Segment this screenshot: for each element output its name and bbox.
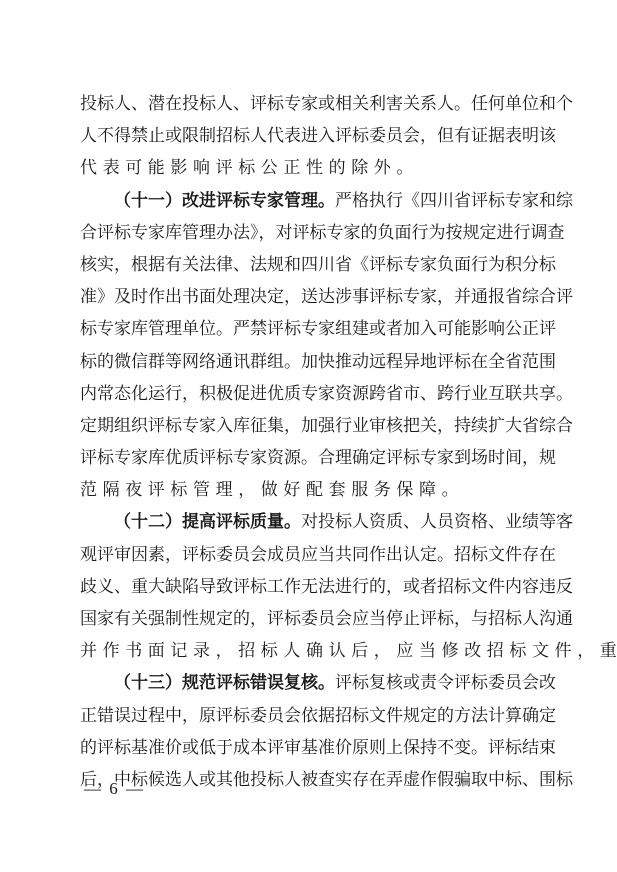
text-line: 评标专家库优质评标专家资源。合理确定评标专家到场时间，规	[80, 442, 540, 474]
text-line: 定期组织评标专家入库征集，加强行业审核把关，持续扩大省综合	[80, 410, 540, 442]
text-line: 后，中标候选人或其他投标人被查实存在弄虚作假骗取中标、围标	[80, 764, 540, 796]
text-span: 对投标人资质、人员资格、业绩等客	[301, 512, 573, 532]
paragraph-13-first-line: （十三）规范评标错误复核。评标复核或责令评标委员会改	[80, 667, 540, 699]
text-line: 准》及时作出书面处理决定，送达涉事评标专家，并通报省综合评	[80, 281, 540, 313]
text-line: 范隔夜评标管理，做好配套服务保障。	[80, 474, 540, 506]
text-line: 内常态化运行，积极促进优质专家资源跨省市、跨行业互联共享。	[80, 378, 540, 410]
text-line: 代表可能影响评标公正性的除外。	[80, 152, 540, 184]
text-line: 正错误过程中，原评标委员会依据招标文件规定的方法计算确定	[80, 700, 540, 732]
paragraph-12-first-line: （十二）提高评标质量。对投标人资质、人员资格、业绩等客	[80, 506, 540, 538]
text-line: 并作书面记录，招标人确认后，应当修改招标文件，重新招标。	[80, 635, 540, 667]
text-line: 的评标基准价或低于成本评审基准价原则上保持不变。评标结束	[80, 732, 540, 764]
text-line: 标专家库管理单位。严禁评标专家组建或者加入可能影响公正评	[80, 313, 540, 345]
paragraph-11-first-line: （十一）改进评标专家管理。严格执行《四川省评标专家和综	[80, 185, 540, 217]
page-number: — 6 —	[84, 779, 145, 799]
section-heading-12: （十二）提高评标质量。	[114, 512, 301, 532]
text-line: 歧义、重大缺陷导致评标工作无法进行的，或者招标文件内容违反	[80, 571, 540, 603]
text-line: 投标人、潜在投标人、评标专家或相关利害关系人。任何单位和个	[80, 88, 540, 120]
text-line: 人不得禁止或限制招标人代表进入评标委员会，但有证据表明该	[80, 120, 540, 152]
text-span: 严格执行《四川省评标专家和综	[335, 191, 573, 211]
text-line: 合评标专家库管理办法》，对评标专家的负面行为按规定进行调查	[80, 217, 540, 249]
text-line: 观评审因素，评标委员会成员应当共同作出认定。招标文件存在	[80, 539, 540, 571]
text-line: 标的微信群等网络通讯群组。加快推动远程异地评标在全省范围	[80, 346, 540, 378]
document-page: 投标人、潜在投标人、评标专家或相关利害关系人。任何单位和个 人不得禁止或限制招标…	[0, 0, 617, 872]
section-heading-13: （十三）规范评标错误复核。	[114, 673, 335, 693]
text-line: 国家有关强制性规定的，评标委员会应当停止评标，与招标人沟通	[80, 603, 540, 635]
text-line: 核实，根据有关法律、法规和四川省《评标专家负面行为积分标	[80, 249, 540, 281]
text-span: 评标复核或责令评标委员会改	[335, 673, 556, 693]
section-heading-11: （十一）改进评标专家管理。	[114, 191, 335, 211]
document-body: 投标人、潜在投标人、评标专家或相关利害关系人。任何单位和个 人不得禁止或限制招标…	[80, 88, 540, 796]
